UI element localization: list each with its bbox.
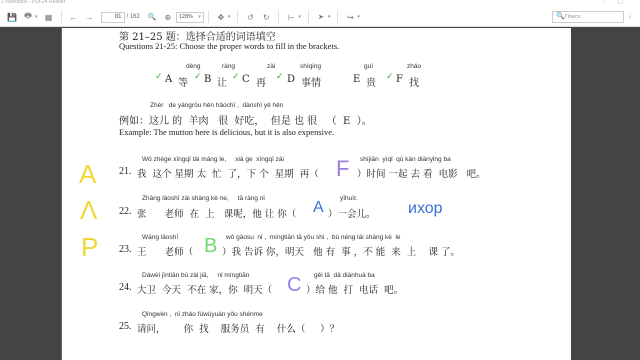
question-pinyin: gěi tā dǎ diànhuà ba — [314, 272, 375, 279]
maximize-button[interactable]: □ — [618, 0, 623, 5]
toolbar: 💾 🖶 ▾ ▦ ← → 81 / 162 🔍 ⊕ 128%▾ ✥ ▾ ↺ ↻ ⊢… — [0, 8, 640, 27]
question-pinyin: Dàwèi jīntiān bú zài jiā, nǐ míngtiān — [142, 272, 249, 279]
search-input[interactable]: 🔍 Поиск — [552, 11, 624, 23]
rotate-right-icon[interactable]: ↻ — [260, 10, 272, 24]
share-icon[interactable]: ↪ — [344, 10, 356, 24]
question-text: ）我 告诉 你，明天 他 有 事 ，不 能 来 上 课 了。 — [222, 244, 460, 258]
question-text: 张 老师 在 上 课呢，他 让 你（ — [137, 206, 296, 220]
back-icon[interactable]: ← — [68, 10, 80, 24]
option-letter: B — [204, 74, 211, 85]
search-icon: 🔍 — [556, 12, 565, 22]
title-bar: 2 Workbook - PDF24 Reader – □ — [0, 0, 640, 8]
answer-input[interactable]: ）？ — [302, 321, 339, 335]
separator — [337, 11, 338, 23]
check-icon: ✓ — [232, 72, 240, 82]
option-pinyin: zhǎo — [407, 63, 421, 70]
question-number: 21. — [119, 166, 132, 177]
download-icon[interactable]: ↓ — [628, 11, 632, 20]
example-pinyin: Zhèr de yángròu hěn hǎochī , dànshì yě h… — [150, 102, 283, 109]
zoom-out-icon[interactable]: 🔍 — [146, 10, 158, 24]
rotate-left-icon[interactable]: ↺ — [244, 10, 256, 24]
minimize-button[interactable]: – — [602, 0, 605, 5]
option-pinyin: děng — [186, 63, 200, 70]
option-letter: D — [287, 74, 295, 85]
question-pinyin: yīhuìr. — [340, 195, 358, 202]
fit-dropdown-icon[interactable]: ▾ — [298, 14, 301, 20]
check-icon: ✓ — [276, 72, 284, 82]
print-dropdown-icon[interactable]: ▾ — [35, 14, 38, 20]
option-letter: E — [353, 74, 360, 85]
separator — [208, 11, 209, 23]
separator — [308, 11, 309, 23]
question-text: 我 这个 星期 太 忙 了，下 个 星期 再（ — [137, 166, 319, 180]
window-title: 2 Workbook - PDF24 Reader — [1, 0, 65, 5]
fit-width-icon[interactable]: ⊢ — [285, 10, 297, 24]
handwritten-note: ихор — [408, 200, 443, 218]
option-word: 贵 — [366, 74, 376, 89]
option-pinyin: ràng — [222, 63, 235, 70]
example-en: Example: The mutton here is delicious, b… — [119, 127, 334, 137]
option-word: 找 — [409, 74, 419, 89]
option-letter: F — [396, 74, 403, 85]
zoom-level-value: 128% — [179, 14, 193, 20]
question-number: 25. — [119, 321, 132, 332]
move-icon[interactable]: ✥ — [215, 10, 227, 24]
question-pinyin: wǒ gàosu nǐ , míngtiān tā yǒu shì , bù n… — [226, 234, 401, 241]
chevron-down-icon: ▾ — [198, 13, 201, 22]
page-number-input[interactable]: 81 — [101, 12, 125, 23]
option-pinyin: zài — [267, 63, 275, 70]
check-icon: ✓ — [194, 72, 202, 82]
separator — [278, 11, 279, 23]
heading-en: Questions 21-25: Choose the proper words… — [119, 41, 339, 51]
question-pinyin: Wǒ zhège xīngqī tài máng le, xià ge xīng… — [142, 156, 284, 163]
option-word: 再 — [256, 74, 266, 89]
question-text: 请问， 你 找 服务员 有 什么（ — [137, 321, 305, 335]
answer-input[interactable]: C — [287, 274, 301, 297]
print-icon[interactable]: 🖶 — [22, 10, 34, 24]
question-pinyin: shíjiān yìqǐ qù kàn diànyǐng ba — [360, 156, 451, 163]
separator — [237, 11, 238, 23]
option-letter: A — [165, 74, 172, 85]
question-number: 22. — [119, 206, 132, 217]
save-icon[interactable]: 💾 — [6, 10, 18, 24]
margin-note-p: P — [81, 232, 98, 263]
search-placeholder: Поиск — [565, 14, 580, 20]
document-page: 第 21–25 题：选择合适的词语填空 Questions 21-25: Cho… — [61, 28, 571, 360]
option-letter: C — [242, 74, 250, 85]
question-pinyin: Zhāng lǎoshī zài shàng kè ne, tā ràng nǐ — [142, 195, 265, 202]
page-total: / 162 — [127, 14, 140, 20]
option-word: 让 — [217, 74, 227, 89]
question-pinyin: Qǐngwèn , nǐ zhǎo fúwùyuán yǒu shénme — [142, 311, 263, 318]
question-text: 大卫 今天 不在 家，你 明天（ — [137, 282, 272, 296]
answer-input[interactable]: B — [204, 235, 217, 258]
fit-page-icon[interactable]: ▦ — [43, 10, 55, 24]
option-pinyin: shìqing — [300, 63, 321, 70]
option-pinyin: guì — [364, 63, 373, 70]
question-pinyin: Wáng lǎoshī — [142, 234, 178, 241]
question-number: 24. — [119, 282, 132, 293]
separator — [61, 11, 62, 23]
example-cn: 例如：这儿 的 羊肉 很 好吃， 但是 也 很 （ E ）。 — [119, 112, 372, 127]
answer-input[interactable]: F — [336, 156, 349, 182]
question-text: 王 老师（ — [137, 244, 193, 258]
check-icon: ✓ — [386, 72, 394, 82]
question-number: 23. — [119, 244, 132, 255]
zoom-in-icon[interactable]: ⊕ — [162, 10, 174, 24]
select-cursor-icon[interactable]: ➤ — [315, 10, 327, 24]
question-text: ）一会儿。 — [328, 206, 376, 220]
share-dropdown-icon[interactable]: ▾ — [357, 14, 360, 20]
move-dropdown-icon[interactable]: ▾ — [228, 14, 231, 20]
option-word: 事情 — [301, 74, 321, 89]
select-dropdown-icon[interactable]: ▾ — [328, 14, 331, 20]
question-text: ）给 他 打 电话 吧。 — [306, 282, 403, 296]
margin-note-a: A — [79, 159, 96, 190]
option-word: 等 — [178, 74, 188, 89]
forward-icon[interactable]: → — [84, 10, 96, 24]
answer-input[interactable]: A — [313, 199, 324, 217]
check-icon: ✓ — [155, 72, 163, 82]
question-text: ）时间 一起 去 看 电影 吧。 — [357, 166, 486, 180]
zoom-level-select[interactable]: 128%▾ — [176, 12, 204, 23]
margin-note-lambda: Λ — [80, 195, 97, 226]
